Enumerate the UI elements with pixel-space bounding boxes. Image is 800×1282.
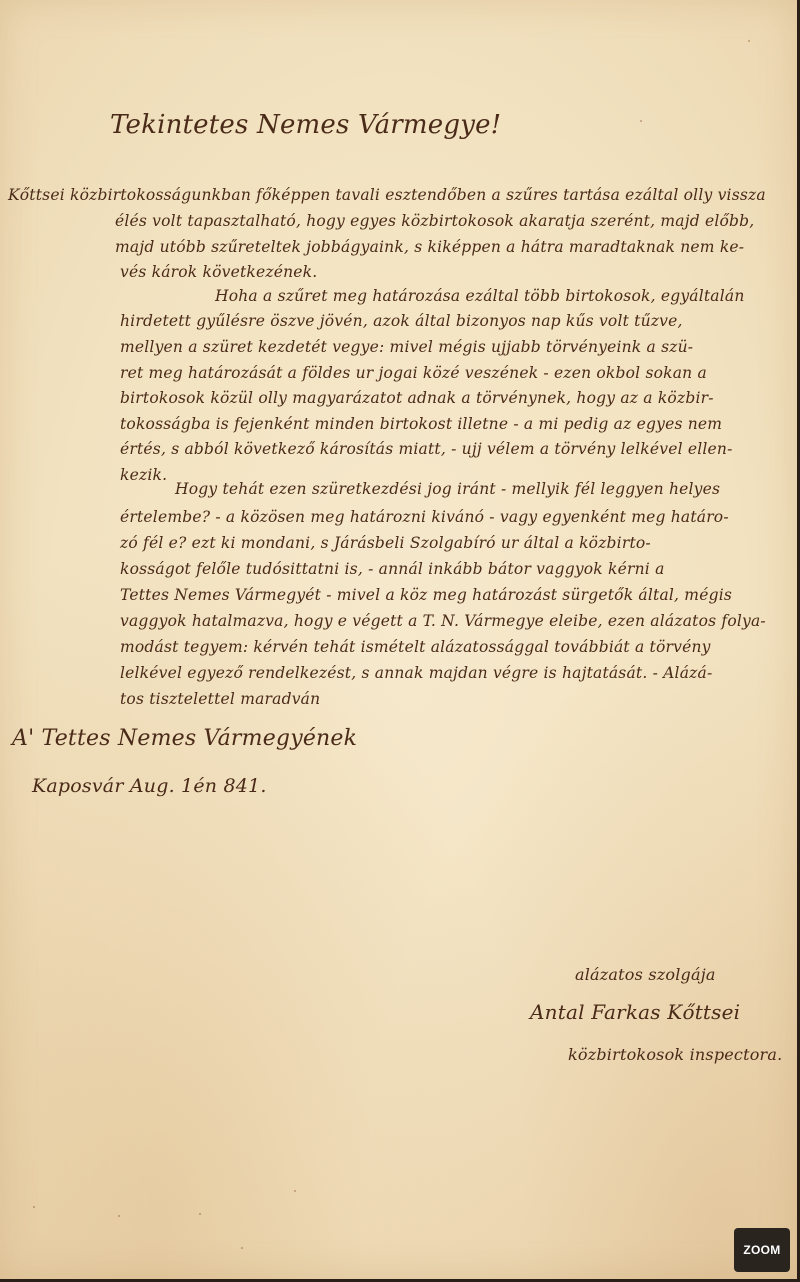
closing-line: A' Tettes Nemes Vármegyének: [12, 726, 357, 751]
signature-name: Antal Farkas Kőttsei: [530, 1000, 740, 1024]
salutation: Tekintetes Nemes Vármegye!: [110, 110, 501, 140]
letter-line: kezik.: [120, 466, 167, 484]
letter-line: tokosságba is fejenként minden birtokost…: [120, 415, 722, 433]
letter-line: vaggyok hatalmazva, hogy e végett a T. N…: [120, 612, 766, 630]
letter-line: értelembe? - a közösen meg határozni kiv…: [120, 508, 729, 526]
zoom-logo-icon: ZOOM: [743, 1243, 780, 1257]
letter-line: értés, s abból következő károsítás miatt…: [120, 440, 733, 458]
signature-courtesy: alázatos szolgája: [575, 965, 716, 984]
manuscript-page: Tekintetes Nemes Vármegye! Kőttsei közbi…: [0, 0, 797, 1279]
letter-line: Kőttsei közbirtokosságunkban főképpen ta…: [8, 186, 766, 204]
zoom-watermark-badge[interactable]: ZOOM: [734, 1228, 790, 1272]
letter-line: modást tegyem: kérvén tehát ismételt alá…: [120, 638, 711, 656]
letter-line: zó fél e? ezt ki mondani, s Járásbeli Sz…: [120, 534, 651, 552]
letter-line: majd utóbb szűreteltek jobbágyaink, s ki…: [115, 238, 744, 256]
signature-title: közbirtokosok inspectora.: [568, 1045, 782, 1064]
letter-line: hirdetett gyűlésre öszve jövén, azok ált…: [120, 312, 683, 330]
letter-line: Hogy tehát ezen szüretkezdési jog iránt …: [175, 480, 720, 498]
letter-line: Hoha a szűret meg határozása ezáltal töb…: [215, 287, 745, 305]
letter-line: lelkével egyező rendelkezést, s annak ma…: [120, 664, 712, 682]
place-and-date: Kaposvár Aug. 1én 841.: [32, 775, 267, 797]
letter-line: élés volt tapasztalható, hogy egyes közb…: [115, 212, 754, 230]
letter-line: birtokosok közül olly magyarázatot adnak…: [120, 389, 714, 407]
letter-line: ret meg határozását a földes ur jogai kö…: [120, 364, 707, 382]
letter-line: mellyen a szüret kezdetét vegye: mivel m…: [120, 338, 693, 356]
letter-line: kosságot felőle tudósittatni is, - annál…: [120, 560, 665, 578]
letter-line: vés károk következének.: [120, 263, 317, 281]
letter-line: tos tisztelettel maradván: [120, 690, 320, 708]
letter-line: Tettes Nemes Vármegyét - mivel a köz meg…: [120, 586, 732, 604]
